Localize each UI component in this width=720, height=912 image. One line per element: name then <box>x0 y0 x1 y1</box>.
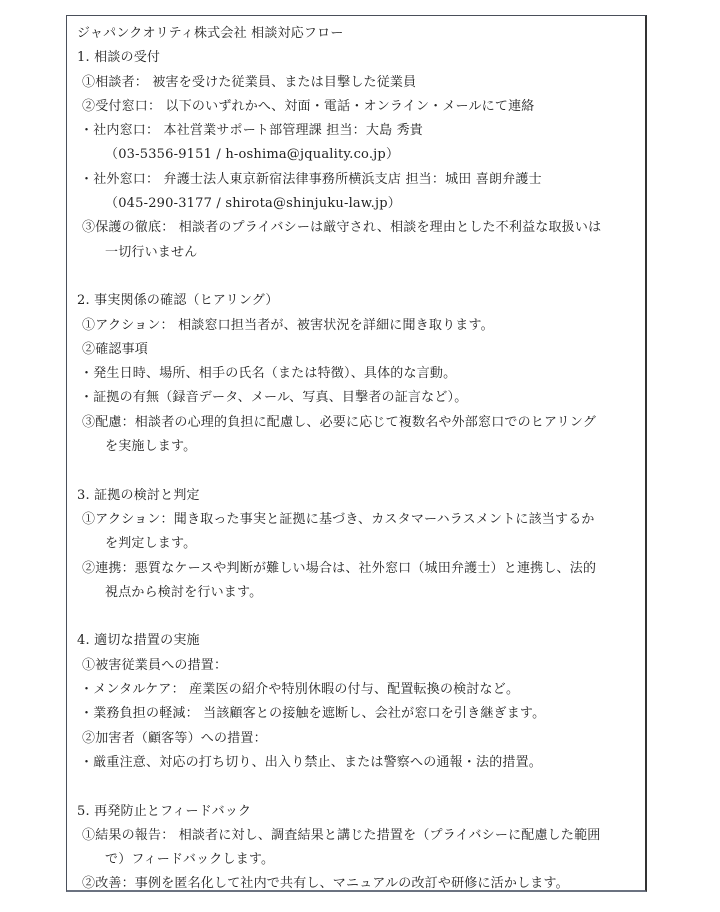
list-item: ①結果の報告： 相談者に対し、調査結果と講じた措置を（プライバシーに配慮した範囲 <box>77 824 635 848</box>
list-item: ②連携：悪質なケースや判断が難しい場合は、社外窓口（城田弁護士）と連携し、法的 <box>77 557 635 581</box>
section-2: 2. 事実関係の確認（ヒアリング） ①アクション： 相談窓口担当者が、被害状況を… <box>77 289 635 459</box>
section-heading: 1. 相談の受付 <box>77 46 635 70</box>
section-4: 4. 適切な措置の実施 ①被害従業員への措置： ・メンタルケア： 産業医の紹介や… <box>77 629 635 775</box>
list-item: ②確認事項 <box>77 338 635 362</box>
section-heading: 2. 事実関係の確認（ヒアリング） <box>77 289 635 313</box>
list-item: ①アクション：聞き取った事実と証拠に基づき、カスタマーハラスメントに該当するか <box>77 508 635 532</box>
list-item-continuation: 視点から検討を行います。 <box>77 581 635 605</box>
section-1: 1. 相談の受付 ①相談者： 被害を受けた従業員、または目撃した従業員 ②受付窓… <box>77 46 635 265</box>
list-item: ③配慮：相談者の心理的負担に配慮し、必要に応じて複数名や外部窓口でのヒアリング <box>77 411 635 435</box>
list-item-continuation: で）フィードバックします。 <box>77 848 635 872</box>
bullet-item: ・メンタルケア： 産業医の紹介や特別休暇の付与、配置転換の検討など。 <box>77 678 635 702</box>
bullet-item: ・社内窓口： 本社営業サポート部管理課 担当：大島 秀貴 <box>77 119 635 143</box>
bullet-item: ・発生日時、場所、相手の氏名（または特徴）、具体的な言動。 <box>77 362 635 386</box>
spacer <box>77 265 635 289</box>
section-heading: 3. 証拠の検討と判定 <box>77 484 635 508</box>
list-item: ①アクション： 相談窓口担当者が、被害状況を詳細に聞き取ります。 <box>77 314 635 338</box>
spacer <box>77 605 635 629</box>
section-heading: 4. 適切な措置の実施 <box>77 629 635 653</box>
spacer <box>77 459 635 483</box>
document-title: ジャパンクオリティ株式会社 相談対応フロー <box>77 22 635 46</box>
spacer <box>77 775 635 799</box>
list-item-continuation: 一切行いません <box>77 241 635 265</box>
list-item: ①被害従業員への措置： <box>77 654 635 678</box>
bullet-item: ・業務負担の軽減： 当該顧客との接触を遮断し、会社が窓口を引き継ぎます。 <box>77 702 635 726</box>
list-item: ③保護の徹底： 相談者のプライバシーは厳守され、相談を理由とした不利益な取扱いは <box>77 216 635 240</box>
section-5: 5. 再発防止とフィードバック ①結果の報告： 相談者に対し、調査結果と講じた措… <box>77 800 635 897</box>
list-item: ①相談者： 被害を受けた従業員、または目撃した従業員 <box>77 71 635 95</box>
list-item: ②改善：事例を匿名化して社内で共有し、マニュアルの改訂や研修に活かします。 <box>77 872 635 896</box>
contact-info: （045-290-3177 / shirota@shinjuku-law.jp） <box>77 192 635 216</box>
section-heading: 5. 再発防止とフィードバック <box>77 800 635 824</box>
document-box: ジャパンクオリティ株式会社 相談対応フロー 1. 相談の受付 ①相談者： 被害を… <box>66 15 647 892</box>
contact-info: （03-5356-9151 / h-oshima@jquality.co.jp） <box>77 143 635 167</box>
bullet-item: ・社外窓口： 弁護士法人東京新宿法律事務所横浜支店 担当：城田 喜朗弁護士 <box>77 168 635 192</box>
list-item-continuation: を判定します。 <box>77 532 635 556</box>
list-item: ②受付窓口： 以下のいずれかへ、対面・電話・オンライン・メールにて連絡 <box>77 95 635 119</box>
bullet-item: ・厳重注意、対応の打ち切り、出入り禁止、または警察への通報・法的措置。 <box>77 751 635 775</box>
bullet-item: ・証拠の有無（録音データ、メール、写真、目撃者の証言など）。 <box>77 386 635 410</box>
list-item: ②加害者（顧客等）への措置： <box>77 727 635 751</box>
section-3: 3. 証拠の検討と判定 ①アクション：聞き取った事実と証拠に基づき、カスタマーハ… <box>77 484 635 605</box>
list-item-continuation: を実施します。 <box>77 435 635 459</box>
